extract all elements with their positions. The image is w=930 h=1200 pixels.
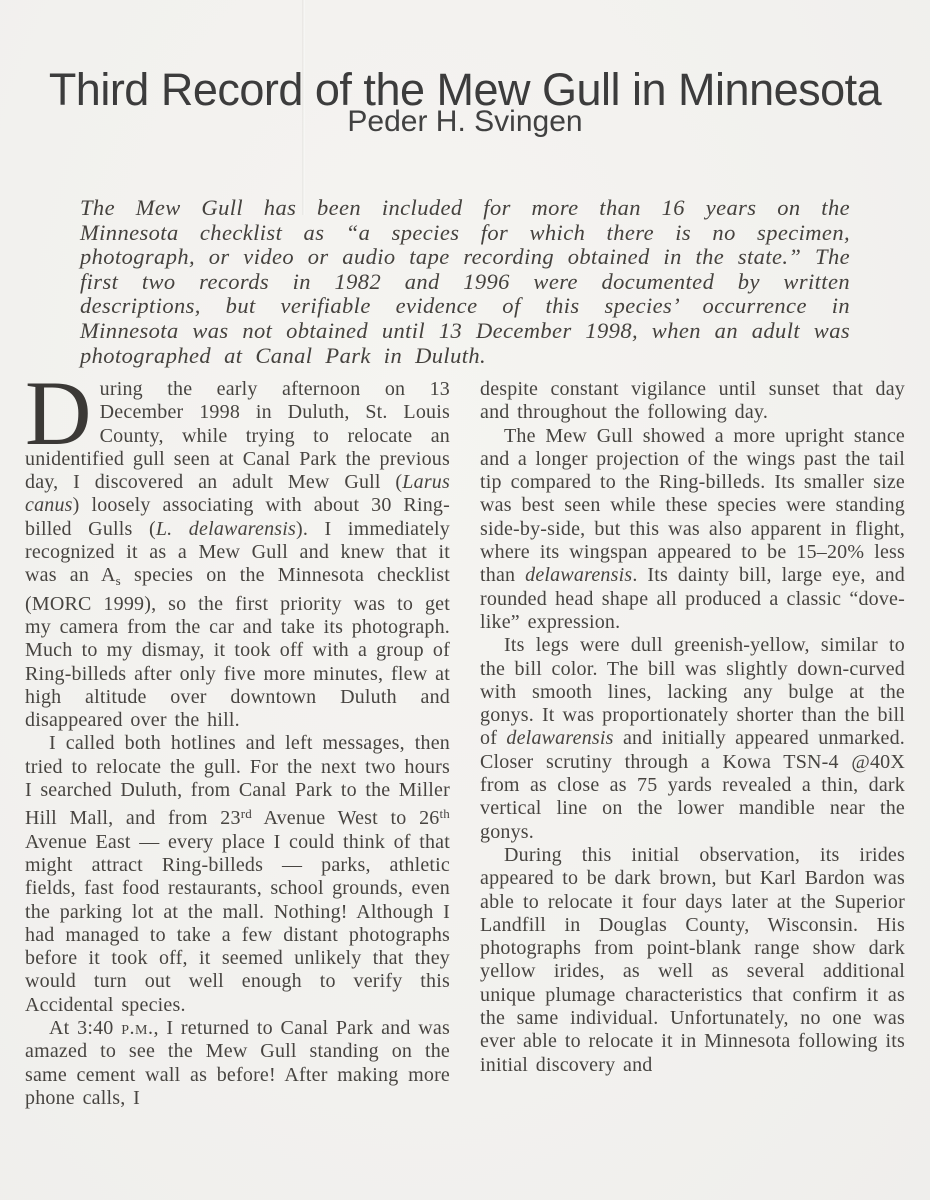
article-author: Peder H. Svingen [0, 105, 930, 139]
paragraph: The Mew Gull showed a more upright stanc… [480, 425, 905, 635]
paragraph: During the early afternoon on 13 Decembe… [25, 378, 450, 732]
paragraph: During this initial observation, its iri… [480, 844, 905, 1077]
text-segment: rd [241, 806, 252, 821]
paragraph: Its legs were dull greenish-yellow, simi… [480, 634, 905, 844]
drop-cap: D [25, 381, 92, 445]
paragraph: I called both hotlines and left messages… [25, 732, 450, 1017]
paragraph: At 3:40 p.m., I returned to Canal Park a… [25, 1017, 450, 1110]
text-segment: delawarensis [506, 727, 613, 749]
text-segment: th [439, 806, 450, 821]
text-segment: p.m. [121, 1017, 153, 1039]
text-segment: delawarensis [525, 564, 632, 586]
body-column-left: During the early afternoon on 13 Decembe… [25, 378, 450, 1200]
body-columns: During the early afternoon on 13 Decembe… [25, 378, 905, 1200]
article-abstract: The Mew Gull has been included for more … [80, 196, 850, 368]
text-segment: despite constant vigilance until sunset … [480, 378, 905, 423]
text-segment: Avenue East — every place I could think … [25, 831, 450, 1016]
scanned-page: Third Record of the Mew Gull in Minnesot… [0, 0, 930, 1200]
text-segment: species on the Minnesota checklist (MORC… [25, 564, 450, 731]
text-segment: Avenue West to 26 [252, 807, 440, 829]
text-segment: The Mew Gull showed a more upright stanc… [480, 425, 905, 587]
paragraph: despite constant vigilance until sunset … [480, 378, 905, 425]
text-segment: L. delawarensis [156, 518, 296, 540]
body-column-right: despite constant vigilance until sunset … [480, 378, 905, 1200]
text-segment: At 3:40 [49, 1017, 121, 1039]
text-segment: During this initial observation, its iri… [480, 844, 905, 1076]
